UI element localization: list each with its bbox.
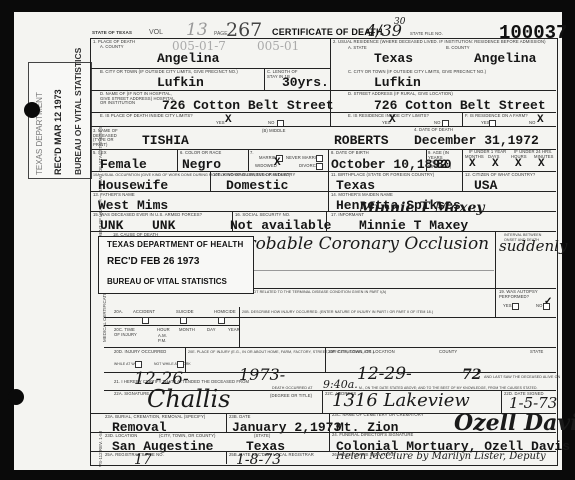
- res-inside-city-mark[interactable]: X: [389, 114, 396, 126]
- date-of-death-label: 4. DATE OF DEATH: [414, 128, 453, 133]
- center-stamp-line1: TEXAS DEPARTMENT OF HEALTH: [107, 240, 243, 249]
- date-of-death: December 31,1972: [414, 133, 539, 148]
- homicide-checkbox[interactable]: [218, 317, 225, 324]
- name-label: 3. NAME OF DECEASED (Type or print): [93, 129, 119, 147]
- received-stamp-center: TEXAS DEPARTMENT OF HEALTH REC'D FEB 26 …: [98, 236, 254, 294]
- punch-hole: [8, 389, 24, 405]
- citizen-label: 12. CITIZEN OF WHAT COUNTRY?: [465, 173, 535, 178]
- pod-inside-city-label: e. IS PLACE OF DEATH INSIDE CITY LIMITS?: [100, 114, 193, 119]
- pod-county-label: a. COUNTY: [100, 45, 124, 50]
- sex-label: 5. SEX: [93, 151, 107, 156]
- state-file-label: STATE FILE NO.: [410, 32, 443, 37]
- hour-label: Hour: [157, 328, 170, 333]
- side-stamp-line2: REC'D MAR 12 1973: [53, 89, 63, 175]
- location-state-label: (State): [254, 434, 270, 439]
- registrar-file-number: 17: [134, 452, 152, 468]
- physician-signature-label: 22a. SIGNATURE: [114, 392, 149, 397]
- center-stamp-line2: REC'D FEB 26 1973: [107, 256, 199, 267]
- months-mark: X: [469, 158, 476, 170]
- location-label: 23d. LOCATION: [105, 434, 137, 439]
- describe-injury-label: 20b. DESCRIBE HOW INJURY OCCURRED. (Ente…: [242, 310, 433, 315]
- farm-no-mark[interactable]: X: [537, 114, 544, 126]
- attended-year: 72: [462, 367, 481, 383]
- mother-label: 14. MOTHER'S MAIDEN NAME: [331, 193, 393, 198]
- side-stamp-line3: BUREAU OF VITAL STATISTICS: [73, 48, 83, 175]
- never-married-checkbox[interactable]: [316, 155, 323, 162]
- day-label: Day: [207, 328, 216, 333]
- month-label: Month: [179, 328, 195, 333]
- race: Negro: [182, 157, 221, 172]
- accident-checkbox[interactable]: [142, 317, 149, 324]
- attended-from-year: 1973-: [239, 365, 285, 384]
- divorced-checkbox[interactable]: [316, 163, 323, 170]
- city-town-label: 20f. CITY, TOWN, OR LOCATION: [328, 350, 395, 355]
- injury-county-label: COUNTY: [439, 350, 457, 355]
- res-street: 726 Cotton Belt Street: [374, 98, 546, 113]
- vol-number: 13: [186, 20, 208, 40]
- pm-label: p.m.: [158, 339, 166, 344]
- age: 80: [436, 157, 452, 172]
- center-stamp-line3: BUREAU OF VITAL STATISTICS: [107, 277, 227, 286]
- state-header: STATE OF TEXAS: [92, 31, 132, 36]
- res-state-label: a. STATE: [348, 46, 367, 51]
- physician-address: 1316 Lakeview: [332, 390, 470, 411]
- vol-label: VOL: [149, 29, 163, 36]
- pod-no-label: NO: [268, 121, 274, 126]
- received-stamp-side: TEXAS DEPARTMENT REC'D MAR 12 1973 BUREA…: [28, 62, 92, 179]
- registrar-signature: Helen McClure by Marilyn Lister, Deputy: [336, 451, 546, 462]
- res-city: Lufkin: [374, 75, 421, 90]
- birthplace-label: 11. BIRTHPLACE (State or foreign country…: [331, 173, 434, 178]
- pod-inside-city-mark[interactable]: X: [225, 114, 232, 126]
- autopsy-yes-checkbox[interactable]: [512, 303, 519, 310]
- marital-label: 7.: [250, 151, 254, 156]
- degree-label: (Degree or title): [270, 394, 312, 399]
- minutes-mark: X: [538, 158, 545, 170]
- res-no-label: NO: [434, 121, 440, 126]
- informant-signature: Minnie T Maxey: [359, 200, 485, 216]
- widowed-mark[interactable]: X: [274, 157, 281, 169]
- dob-label: 8. DATE OF BIRTH: [331, 151, 369, 156]
- burial-label: 23a. BURIAL, CREMATION, REMOVAL (Specify…: [105, 415, 205, 420]
- res-county: Angelina: [474, 51, 536, 66]
- res-street-label: d. STREET ADDRESS (If rural, give locati…: [348, 92, 453, 97]
- burial-date-label: 23b. DATE: [229, 415, 251, 420]
- autopsy-no-label: NO: [536, 304, 542, 309]
- pod-city-label: b. CITY OR TOWN (If outside city limits,…: [100, 70, 238, 75]
- immediate-cause: Probable Coronary Occlusion: [236, 234, 489, 254]
- death-certificate-page: TEXAS DEPARTMENT REC'D MAR 12 1973 BUREA…: [14, 12, 562, 470]
- res-county-label: b. COUNTY: [446, 46, 470, 51]
- not-while-at-work-checkbox[interactable]: [177, 361, 184, 368]
- race-label: 6. COLOR OR RACE: [180, 151, 221, 156]
- pod-county: Angelina: [157, 51, 219, 66]
- suicide-checkbox[interactable]: [180, 317, 187, 324]
- interval: suddenly: [499, 237, 567, 255]
- injury-state-label: STATE: [530, 350, 543, 355]
- funeral-director-label: 24. FUNERAL DIRECTOR'S SIGNATURE: [332, 433, 413, 438]
- autopsy-yes-label: YES: [503, 304, 512, 309]
- res-state: Texas: [374, 51, 413, 66]
- item-20a-label: 20a.: [114, 310, 123, 315]
- res-farm-label: f. IS RESIDENCE ON A FARM?: [465, 114, 528, 119]
- decedent-last-name: ROBERTS: [334, 133, 389, 148]
- decedent-first-name: TISHIA: [142, 133, 189, 148]
- punch-hole: [24, 102, 40, 118]
- last-saw-text: and last saw the deceased alive on: [484, 375, 560, 380]
- pod-city: Lufkin: [157, 75, 204, 90]
- middle-name-label: (b) Middle: [262, 129, 286, 134]
- suicide-label: SUICIDE: [176, 310, 194, 315]
- length-of-stay: 30yrs.: [282, 75, 329, 90]
- location-city-label: (City, town, or county): [159, 434, 216, 439]
- days-mark: X: [492, 158, 499, 170]
- armed-forces-label: 15. WAS DECEASED EVER IN U.S. ARMED FORC…: [93, 213, 202, 218]
- time-of-injury-label: 20c. TIME OF INJURY: [114, 328, 138, 337]
- while-at-work-checkbox[interactable]: [135, 361, 142, 368]
- pod-yes-label: YES: [216, 121, 225, 126]
- cemetery-label: 23c. NAME OF CEMETERY OR CREMATORY: [332, 413, 424, 418]
- autopsy-no-mark: ✓: [544, 296, 552, 307]
- attended-to: 12-29-: [357, 364, 412, 384]
- injury-occurred-label: 20d. INJURY OCCURRED: [114, 350, 166, 355]
- business-label: 10b. KIND OF BUSINESS OR INDUSTRY: [213, 173, 295, 178]
- res-city-label: c. CITY OR TOWN (If outside city limits,…: [348, 70, 486, 75]
- homicide-label: HOMICIDE: [214, 310, 236, 315]
- hours-mark: X: [515, 158, 522, 170]
- physician-signature: Challis: [147, 385, 230, 413]
- year-label: Year: [228, 328, 240, 333]
- sex: Female: [100, 157, 147, 172]
- hospital: 726 Cotton Belt Street: [162, 98, 334, 113]
- funeral-director-signature: Ozell Davis: [454, 410, 575, 436]
- handwritten-superscript: 30: [394, 17, 405, 27]
- farm-no-label: NO: [529, 121, 535, 126]
- father-label: 13. FATHER'S NAME: [93, 193, 135, 198]
- ssn-label: 16. SOCIAL SECURITY NO.: [235, 213, 290, 218]
- usual-residence-label: 2. USUAL RESIDENCE (Where deceased lived…: [333, 40, 546, 45]
- accident-label: ACCIDENT: [133, 310, 155, 315]
- date-recd: 1-8-73: [236, 452, 281, 468]
